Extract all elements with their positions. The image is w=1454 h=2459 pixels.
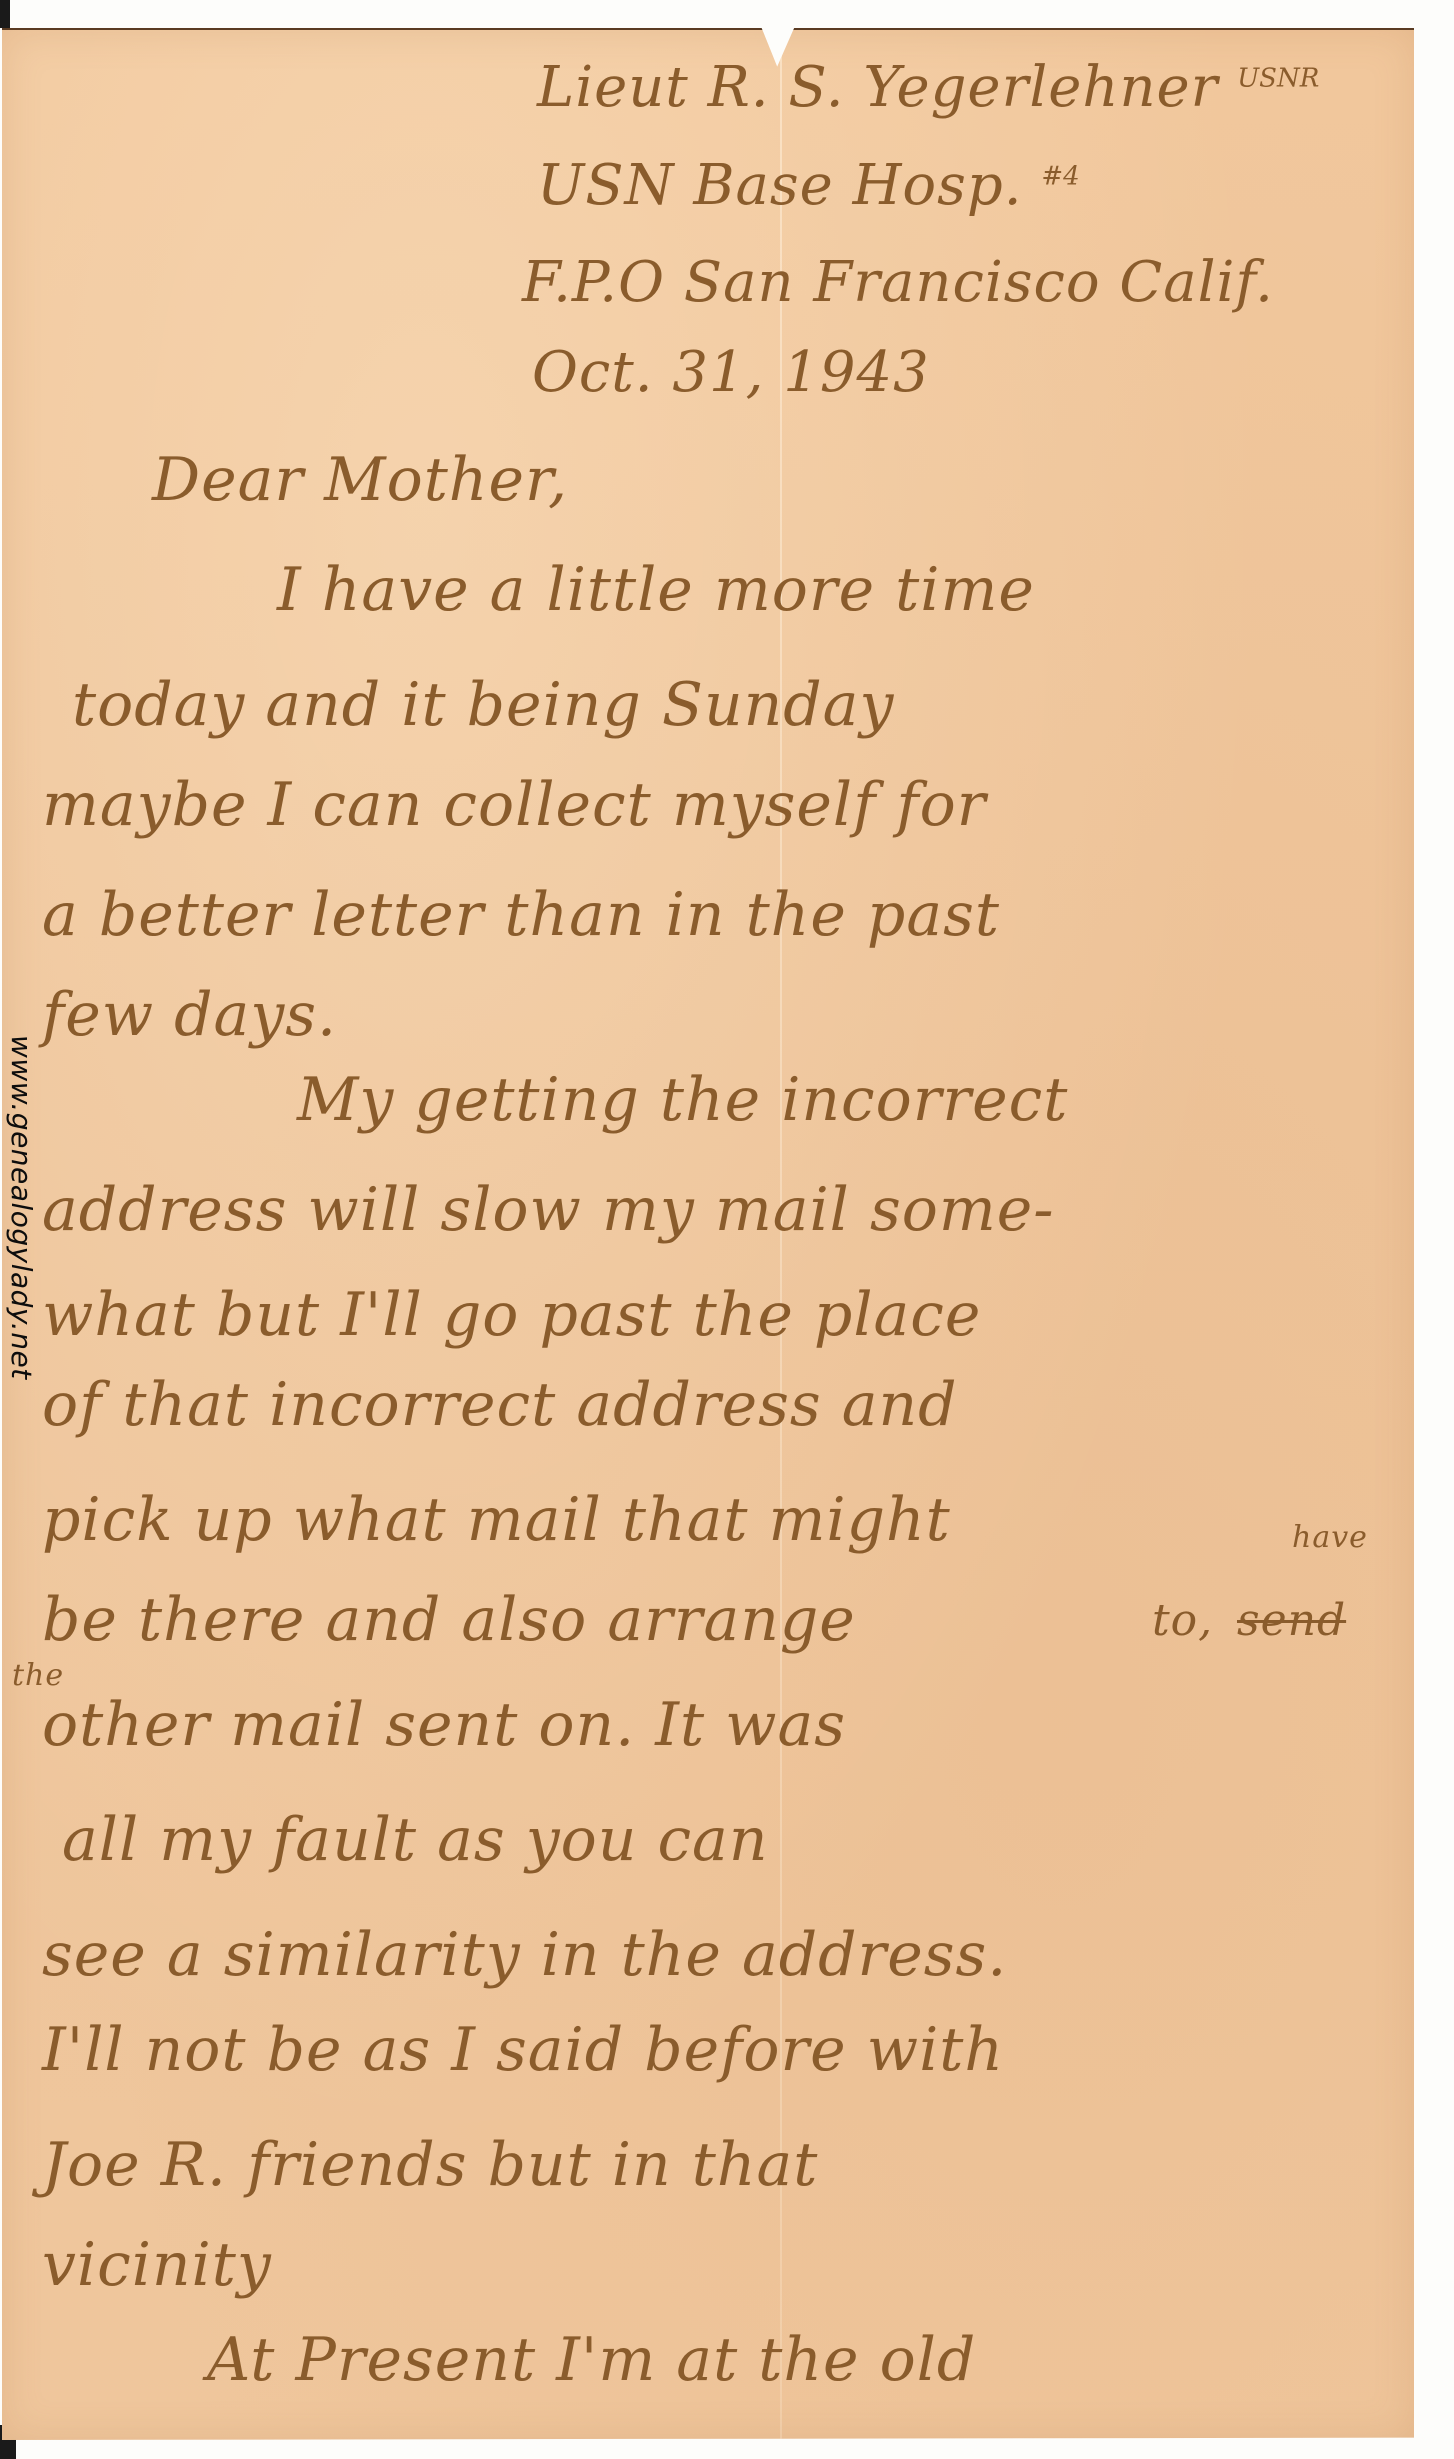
sender-suffix: USNR (1237, 63, 1319, 93)
letter-line: a better letter than in the past (42, 885, 1000, 945)
letter-line: today and it being Sunday (72, 675, 894, 735)
letter-line: what but I'll go past the place (42, 1285, 981, 1345)
salutation: Dear Mother, (152, 450, 568, 510)
letter-paper: Lieut R. S. Yegerlehner USNR USN Base Ho… (2, 28, 1414, 2440)
letter-date: Oct. 31, 1943 (532, 345, 930, 401)
inserted-word-the: the (12, 1658, 64, 1693)
letter-line: be there and also arrange (42, 1590, 856, 1650)
letter-line: vicinity (42, 2235, 272, 2295)
letter-line: other mail sent on. It was (42, 1695, 846, 1755)
letter-line: pick up what mail that might (42, 1490, 951, 1550)
letter-line: address will slow my mail some- (42, 1180, 1055, 1240)
letter-line: few days. (42, 985, 337, 1045)
sender-unit-number: #4 (1041, 161, 1079, 191)
letter-line: I'll not be as I said before with (42, 2020, 1004, 2080)
scan-edge-mark-top (0, 0, 10, 28)
sender-name-line: Lieut R. S. Yegerlehner USNR (537, 60, 1319, 116)
letter-line: At Present I'm at the old (207, 2330, 976, 2390)
sender-name: Lieut R. S. Yegerlehner (537, 55, 1218, 120)
sender-address: F.P.O San Francisco Calif. (522, 255, 1274, 311)
inserted-word-to: to, (1152, 1595, 1213, 1646)
crossed-out-word-send: send (1237, 1595, 1346, 1646)
letter-line: all my fault as you can (62, 1810, 768, 1870)
sender-unit: USN Base Hosp. (537, 153, 1023, 218)
letter-line: I have a little more time (277, 560, 1035, 620)
letter-line: maybe I can collect myself for (42, 775, 986, 835)
watermark-url: www.genealogylady.net (4, 1035, 38, 1435)
letter-line: see a similarity in the address. (42, 1925, 1007, 1985)
inserted-word-have: have (1292, 1520, 1368, 1555)
letter-line: Joe R. friends but in that (42, 2135, 818, 2195)
letter-line: of that incorrect address and (42, 1375, 958, 1435)
sender-unit-line: USN Base Hosp. #4 (537, 158, 1080, 214)
letter-line: My getting the incorrect (297, 1070, 1068, 1130)
